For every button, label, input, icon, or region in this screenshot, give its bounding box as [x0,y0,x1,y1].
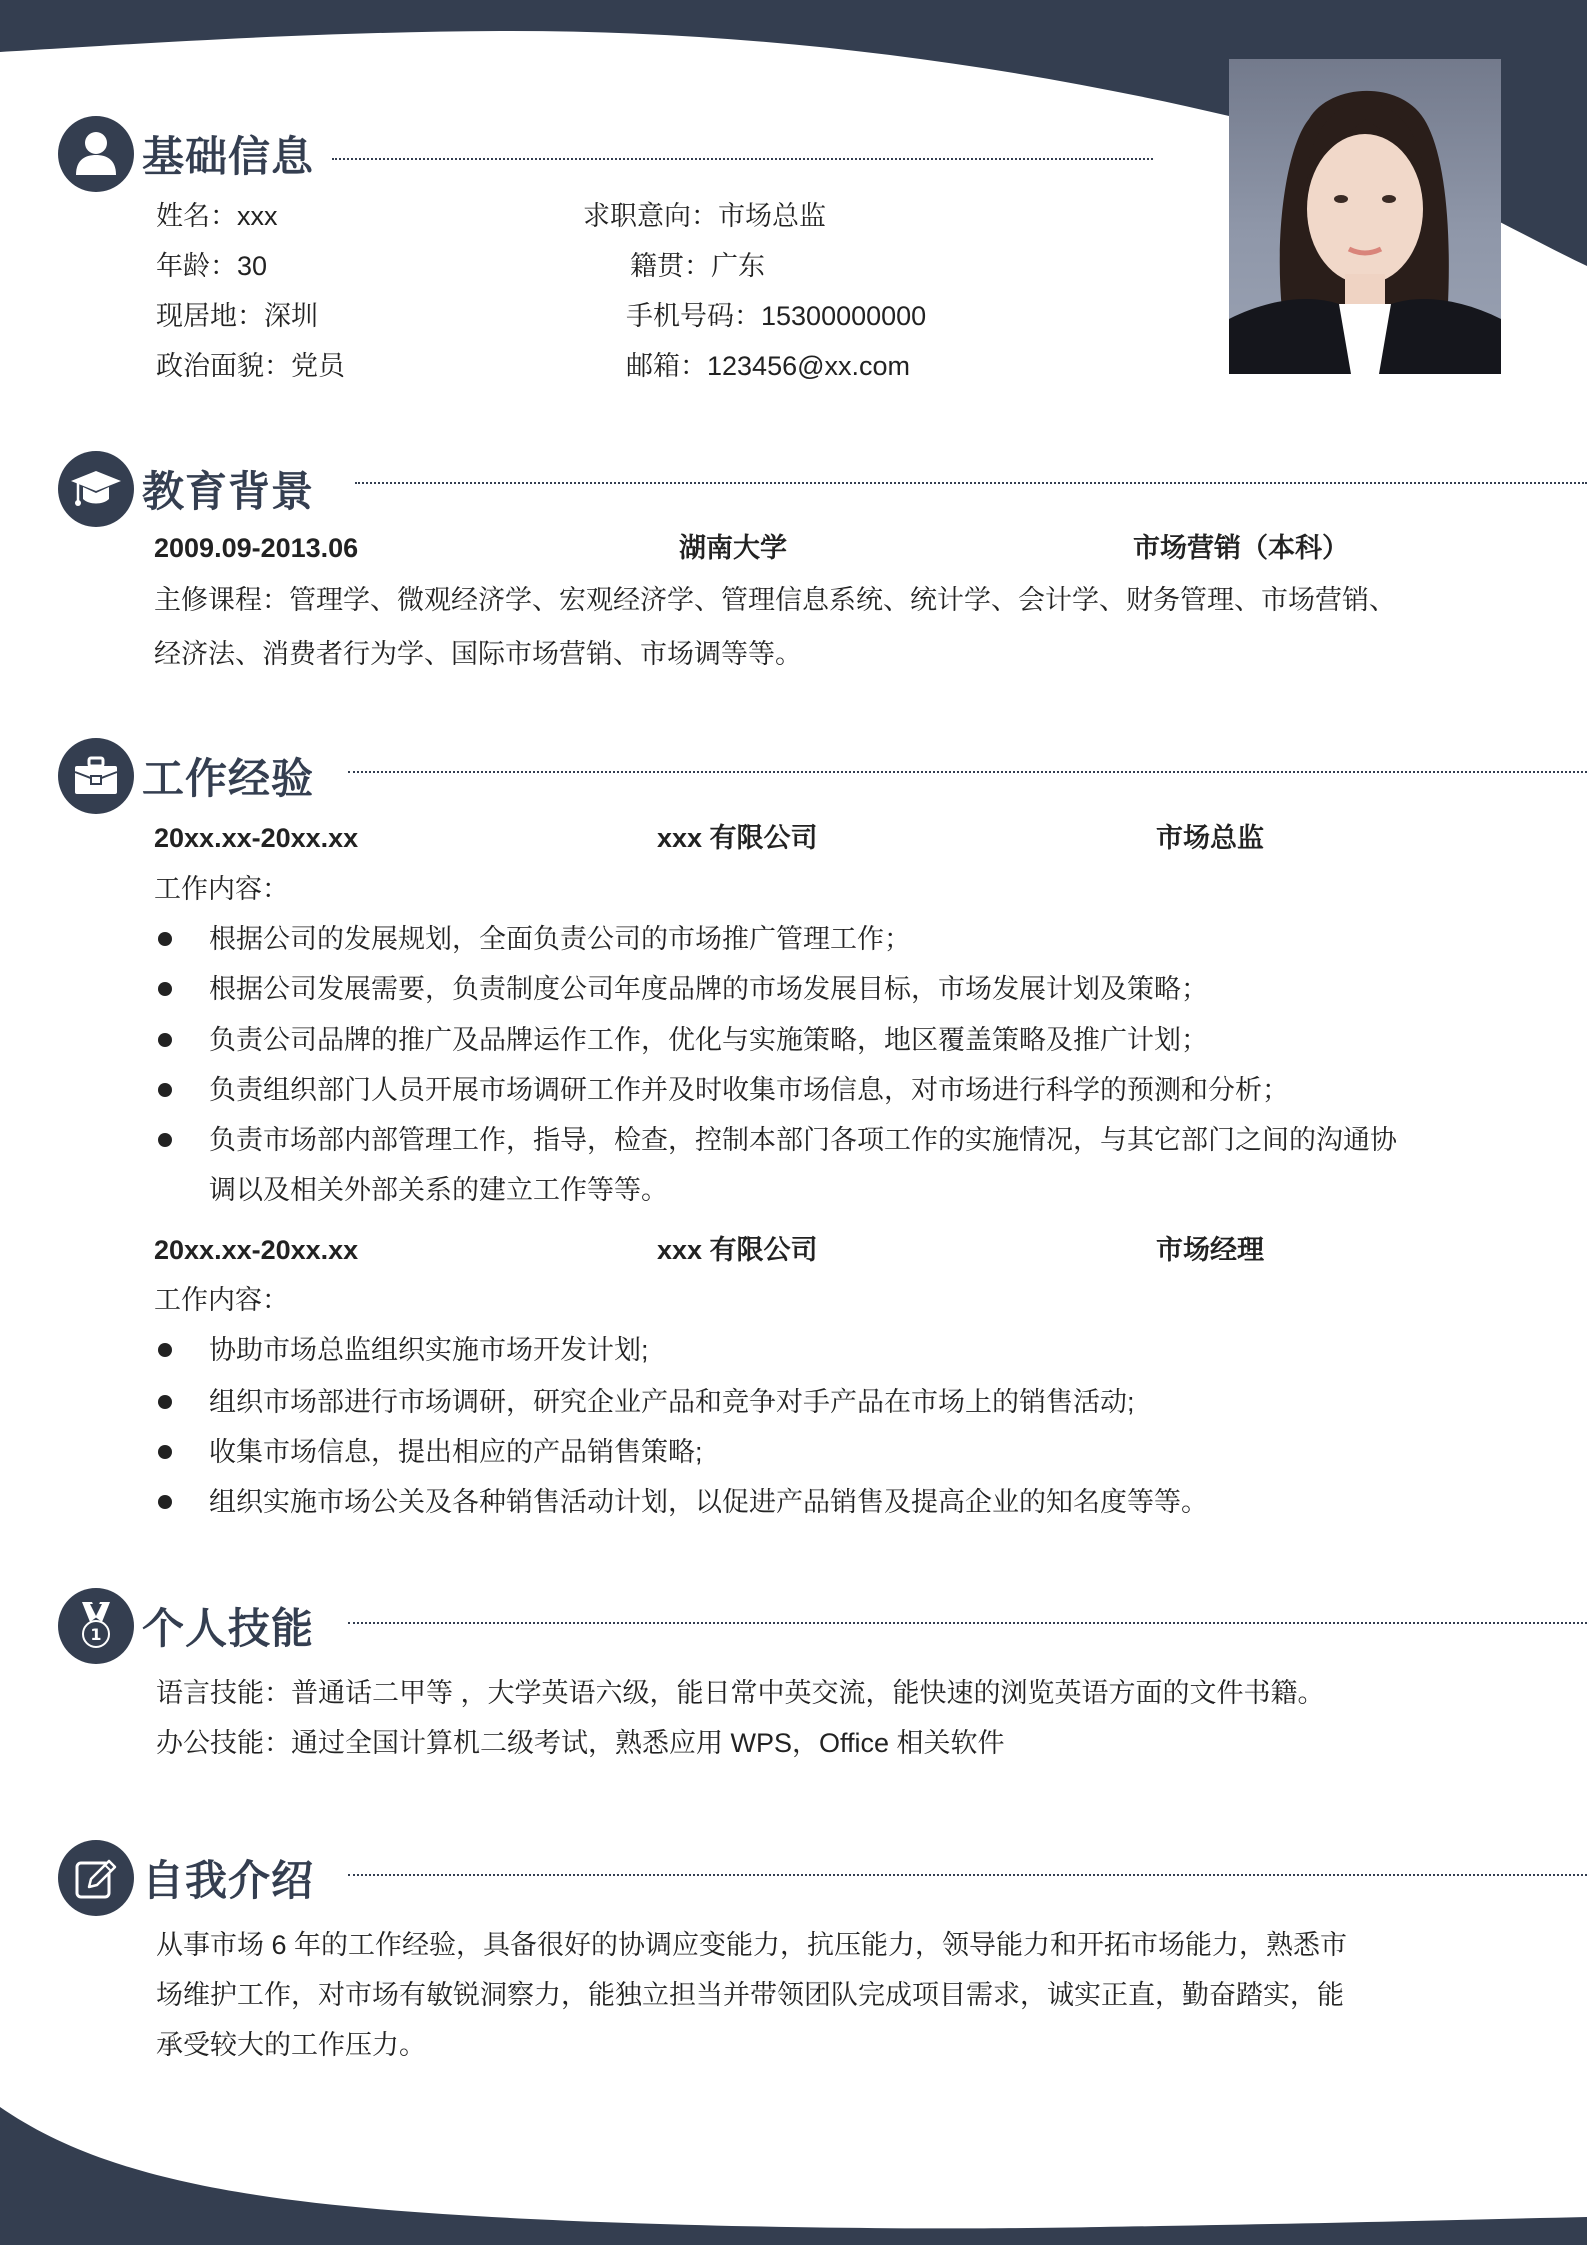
education-period: 2009.09-2013.06 [154,535,358,562]
bottom-wave [0,2107,1587,2245]
education-courses-cont: 经济法、消费者行为学、国际市场营销、市场调等等。 [154,641,802,668]
svg-text:1: 1 [90,1625,101,1644]
job-duty: 负责市场部内部管理工作，指导，检查，控制本部门各项工作的实施情况，与其它部门之间… [209,1127,1397,1154]
intro-line: 承受较大的工作压力。 [156,2032,426,2059]
graduation-cap-icon [58,451,134,527]
section-education-header: 教育背景 [58,449,314,529]
job-duty-cont: 调以及相关外部关系的建立工作等等。 [209,1177,668,1204]
field-residence: 现居地：深圳 [156,303,318,330]
field-email: 邮箱：123456@xx.com [626,353,910,380]
intro-line: 从事市场 6 年的工作经验，具备很好的协调应变能力，抗压能力，领导能力和开拓市场… [156,1932,1347,1959]
intro-line: 场维护工作，对市场有敏锐洞察力，能独立担当并带领团队完成项目需求，诚实正直，勤奋… [156,1982,1344,2009]
bullet-icon [158,1495,172,1509]
field-age: 年龄：30 [156,253,267,280]
section-basic-info-header: 基础信息 [58,114,314,194]
job-duty: 协助市场总监组织实施市场开发计划; [209,1337,649,1364]
job-duty: 负责公司品牌的推广及品牌运作工作，优化与实施策略，地区覆盖策略及推广计划； [209,1027,1208,1054]
job-period: 20xx.xx-20xx.xx [154,825,358,852]
bullet-icon [158,1083,172,1097]
job-duty: 组织市场部进行市场调研，研究企业产品和竞争对手产品在市场上的销售活动; [209,1389,1135,1416]
section-title: 教育背景 [142,459,314,519]
medal-icon: 1 [58,1588,134,1664]
job-content-label: 工作内容： [154,876,289,903]
job-position: 市场总监 [1156,825,1264,852]
job-duty: 负责组织部门人员开展市场调研工作并及时收集市场信息，对市场进行科学的预测和分析； [209,1077,1289,1104]
divider [348,1874,1587,1876]
section-title: 个人技能 [142,1596,314,1656]
bullet-icon [158,1033,172,1047]
job-duty: 根据公司发展需要，负责制度公司年度品牌的市场发展目标，市场发展计划及策略； [209,976,1208,1003]
field-phone: 手机号码：15300000000 [626,303,926,330]
job-position: 市场经理 [1156,1237,1264,1264]
skill-office: 办公技能：通过全国计算机二级考试，熟悉应用 WPS，Office 相关软件 [156,1730,1005,1757]
bullet-icon [158,1445,172,1459]
job-company: xxx 有限公司 [657,1237,818,1264]
user-icon [58,116,134,192]
bullet-icon [158,1133,172,1147]
job-content-label: 工作内容： [154,1287,289,1314]
job-duty: 组织实施市场公关及各种销售活动计划，以促进产品销售及提高企业的知名度等等。 [209,1489,1208,1516]
education-school: 湖南大学 [679,535,787,562]
job-company: xxx 有限公司 [657,825,818,852]
divider [348,771,1587,773]
briefcase-icon [58,738,134,814]
job-duty: 根据公司的发展规划，全面负责公司的市场推广管理工作； [209,926,911,953]
skill-language: 语言技能：普通话二甲等 ，大学英语六级，能日常中英交流，能快速的浏览英语方面的文… [156,1680,1325,1707]
field-job-intention: 求职意向：市场总监 [583,203,826,230]
section-title: 自我介绍 [142,1848,314,1908]
education-major: 市场营销（本科） [1133,535,1349,562]
field-political-status: 政治面貌：党员 [156,353,345,380]
divider [355,482,1587,484]
edit-icon [58,1840,134,1916]
job-duty: 收集市场信息，提出相应的产品销售策略; [209,1439,703,1466]
bullet-icon [158,1343,172,1357]
section-title: 基础信息 [142,124,314,184]
section-title: 工作经验 [142,746,314,806]
divider [332,158,1153,160]
field-name: 姓名：xxx [156,203,278,230]
portrait-illustration [1229,59,1501,374]
section-work-header: 工作经验 [58,736,314,816]
divider [348,1622,1587,1624]
section-skills-header: 1 个人技能 [58,1586,314,1666]
education-courses: 主修课程：管理学、微观经济学、宏观经济学、管理信息系统、统计学、会计学、财务管理… [154,587,1396,614]
profile-photo [1229,59,1501,374]
job-period: 20xx.xx-20xx.xx [154,1237,358,1264]
bullet-icon [158,1395,172,1409]
bullet-icon [158,932,172,946]
section-intro-header: 自我介绍 [58,1838,314,1918]
bullet-icon [158,982,172,996]
field-native-place: 籍贯：广东 [630,253,765,280]
